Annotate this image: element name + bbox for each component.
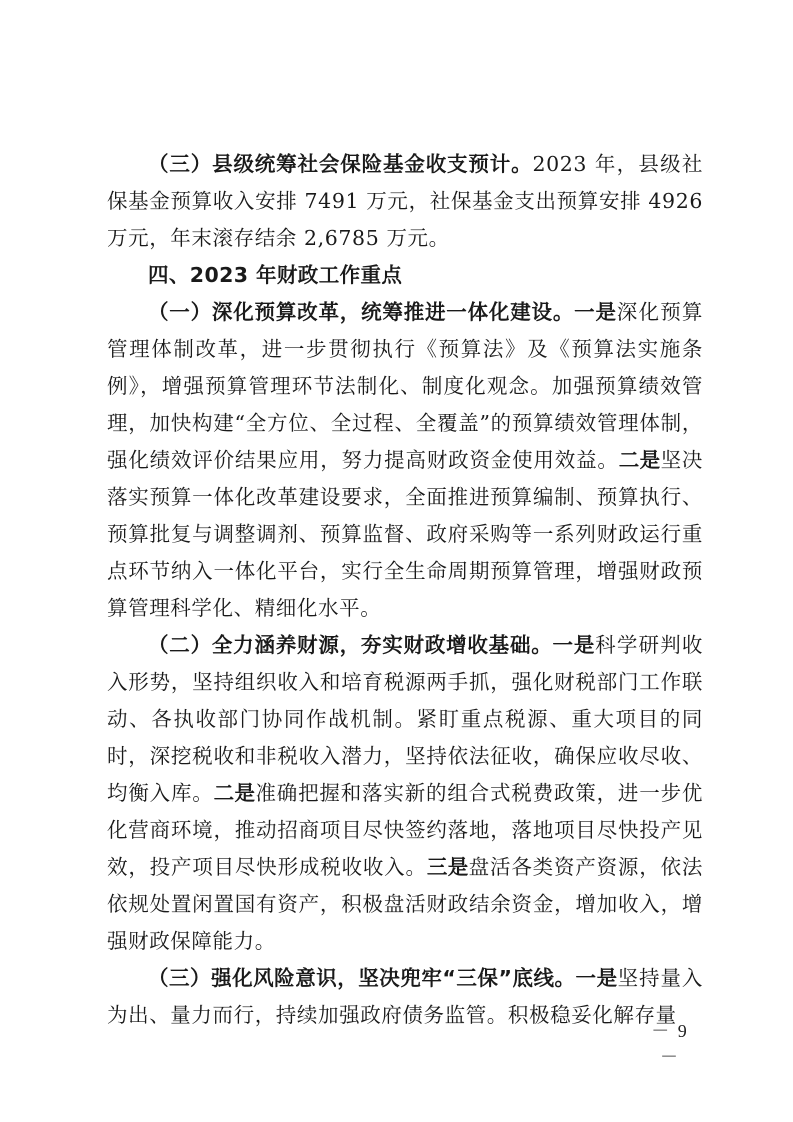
paragraph-lead: （三）县级统筹社会保险基金收支预计。 — [148, 152, 533, 176]
document-body: （三）县级统筹社会保险基金收支预计。2023 年，县级社保基金预算收入安排 74… — [107, 146, 703, 1034]
point-marker: 二是 — [214, 781, 256, 805]
point-text: 坚决落实预算一体化改革建设要求，全面推进预算编制、预算执行、预算批复与调整调剂、… — [107, 448, 703, 620]
point-marker: 一是 — [553, 633, 596, 657]
paragraph-budget-reform: （一）深化预算改革，统筹推进一体化建设。一是深化预算管理体制改革，进一步贯彻执行… — [107, 294, 703, 627]
paragraph-risk-awareness: （三）强化风险意识，坚决兜牢“三保”底线。一是坚持量入为出、量力而行，持续加强政… — [107, 960, 703, 1034]
point-text: 深化预算管理体制改革，进一步贯彻执行《预算法》及《预算法实施条例》，增强预算管理… — [107, 300, 703, 472]
paragraph-lead: （一）深化预算改革，统筹推进一体化建设。 — [148, 300, 574, 324]
page-number: － 9 － — [640, 1017, 700, 1069]
point-marker: 三是 — [427, 855, 469, 879]
paragraph-social-insurance-fund: （三）县级统筹社会保险基金收支预计。2023 年，县级社保基金预算收入安排 74… — [107, 146, 703, 257]
document-page: （三）县级统筹社会保险基金收支预计。2023 年，县级社保基金预算收入安排 74… — [0, 0, 793, 1122]
point-marker: 二是 — [619, 448, 661, 472]
paragraph-lead: （三）强化风险意识，坚决兜牢“三保”底线。 — [148, 966, 576, 990]
section-heading: 四、2023 年财政工作重点 — [107, 257, 703, 294]
point-text: 科学研判收入形势，坚持组织收入和培育税源两手抓，强化财税部门工作联动、各执收部门… — [107, 633, 703, 805]
paragraph-revenue-sources: （二）全力涵养财源，夯实财政增收基础。一是科学研判收入形势，坚持组织收入和培育税… — [107, 627, 703, 960]
point-marker: 一是 — [574, 300, 617, 324]
point-marker: 一是 — [576, 966, 618, 990]
paragraph-lead: （二）全力涵养财源，夯实财政增收基础。 — [148, 633, 553, 657]
